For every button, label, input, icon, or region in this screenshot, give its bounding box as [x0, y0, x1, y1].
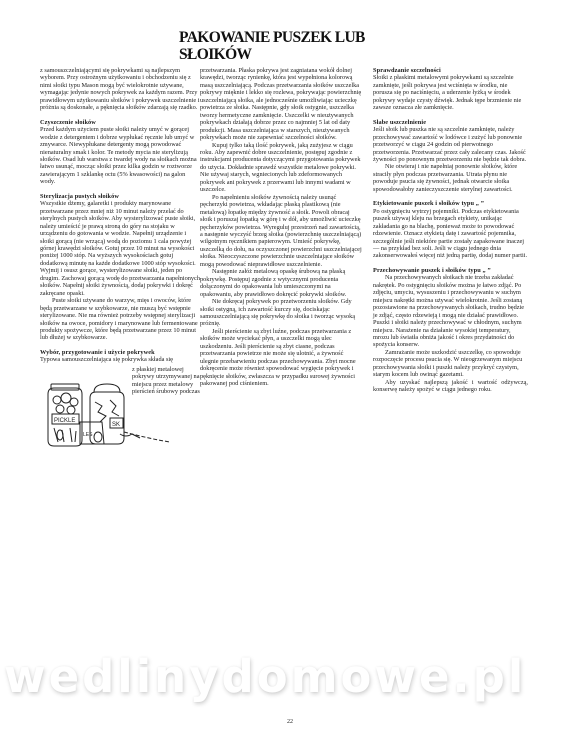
section-heading-weak-seal: Słabe uszczelnienie	[373, 119, 528, 126]
sterilization-paragraph-2: Puste słoiki używane do warzyw, mięs i o…	[40, 297, 200, 342]
lids-continued-paragraph-5: Nie dokręcaj pokrywek po przetworzeniu s…	[200, 298, 362, 328]
lids-continued-paragraph-2: Kupuj tylko taką ilość pokrywek, jaką zu…	[200, 142, 362, 194]
lids-side-text: z płaskiej metalowej pokrywy utrzymywane…	[132, 366, 202, 396]
watermark: wedlinydomowe.pl	[4, 650, 580, 703]
column-2: przetwarzania. Płaska pokrywa jest zagni…	[200, 67, 362, 387]
column-1: z samouszczelniającymi się pokrywkami są…	[40, 67, 200, 448]
lids-continued-paragraph-3: Po napełnieniu słoików żywnością należy …	[200, 194, 362, 269]
column-3: Sprawdzanie szczelności Słoiki z płaskim…	[373, 67, 528, 394]
lids-continued-paragraph-1: przetwarzania. Płaska pokrywa jest zagni…	[200, 67, 362, 142]
section-heading-storage: Przechowywanie puszek i słoików typu „ ”	[373, 267, 528, 274]
intro-paragraph: z samouszczelniającymi się pokrywkami są…	[40, 67, 200, 112]
page-number: 22	[0, 719, 580, 725]
lids-paragraph: Typowa samouszczelniająca się pokrywka s…	[40, 356, 200, 363]
section-heading-seal-check: Sprawdzanie szczelności	[373, 67, 528, 74]
lids-illustration-row: PICKLE SK LES z płaskiej metalowej pokry…	[40, 366, 200, 448]
weak-seal-paragraph-2: Nie otwieraj i nie napełniaj ponownie sł…	[373, 163, 528, 193]
section-heading-cleaning: Czyszczenie słoików	[40, 119, 200, 126]
section-heading-lids: Wybór, przygotowanie i użycie pokrywek	[40, 349, 200, 356]
svg-text:LES: LES	[83, 432, 93, 438]
storage-paragraph-2: Zamrażanie może uszkodzić uszczelkę, co …	[373, 349, 528, 379]
svg-text:PICKLE: PICKLE	[54, 418, 75, 424]
seal-check-paragraph: Słoiki z płaskimi metalowymi pokrywkami …	[373, 74, 528, 111]
lids-continued-paragraph-6: Jeśli pierścienie są zbyt luźne, podczas…	[200, 328, 362, 388]
sterilization-paragraph-1: Wszystkie dżemy, galaretki i produkty ma…	[40, 200, 200, 297]
storage-paragraph-1: Na przechowywanych słoikach nie trzeba z…	[373, 274, 528, 349]
weak-seal-paragraph-1: Jeśli słoik lub puszka nie są szczelnie …	[373, 126, 528, 163]
svg-text:SK: SK	[112, 422, 120, 428]
storage-paragraph-3: Aby uzyskać najlepszą jakość i wartość o…	[373, 379, 528, 394]
cleaning-paragraph: Przed każdym użyciem puste słoiki należy…	[40, 126, 200, 186]
labeling-paragraph: Po ostygnięciu wytrzyj pojemniki. Podcza…	[373, 208, 528, 260]
section-heading-labeling: Etykietowanie puszek i słoików typu „ ”	[373, 200, 528, 207]
page-title: PAKOWANIE PUSZEK LUB SŁOIKÓW	[179, 29, 379, 63]
section-heading-sterilization: Sterylizacja pustych słoików	[40, 193, 200, 200]
lids-continued-paragraph-4: Następnie załóż metalową opaskę śrubową …	[200, 268, 362, 298]
